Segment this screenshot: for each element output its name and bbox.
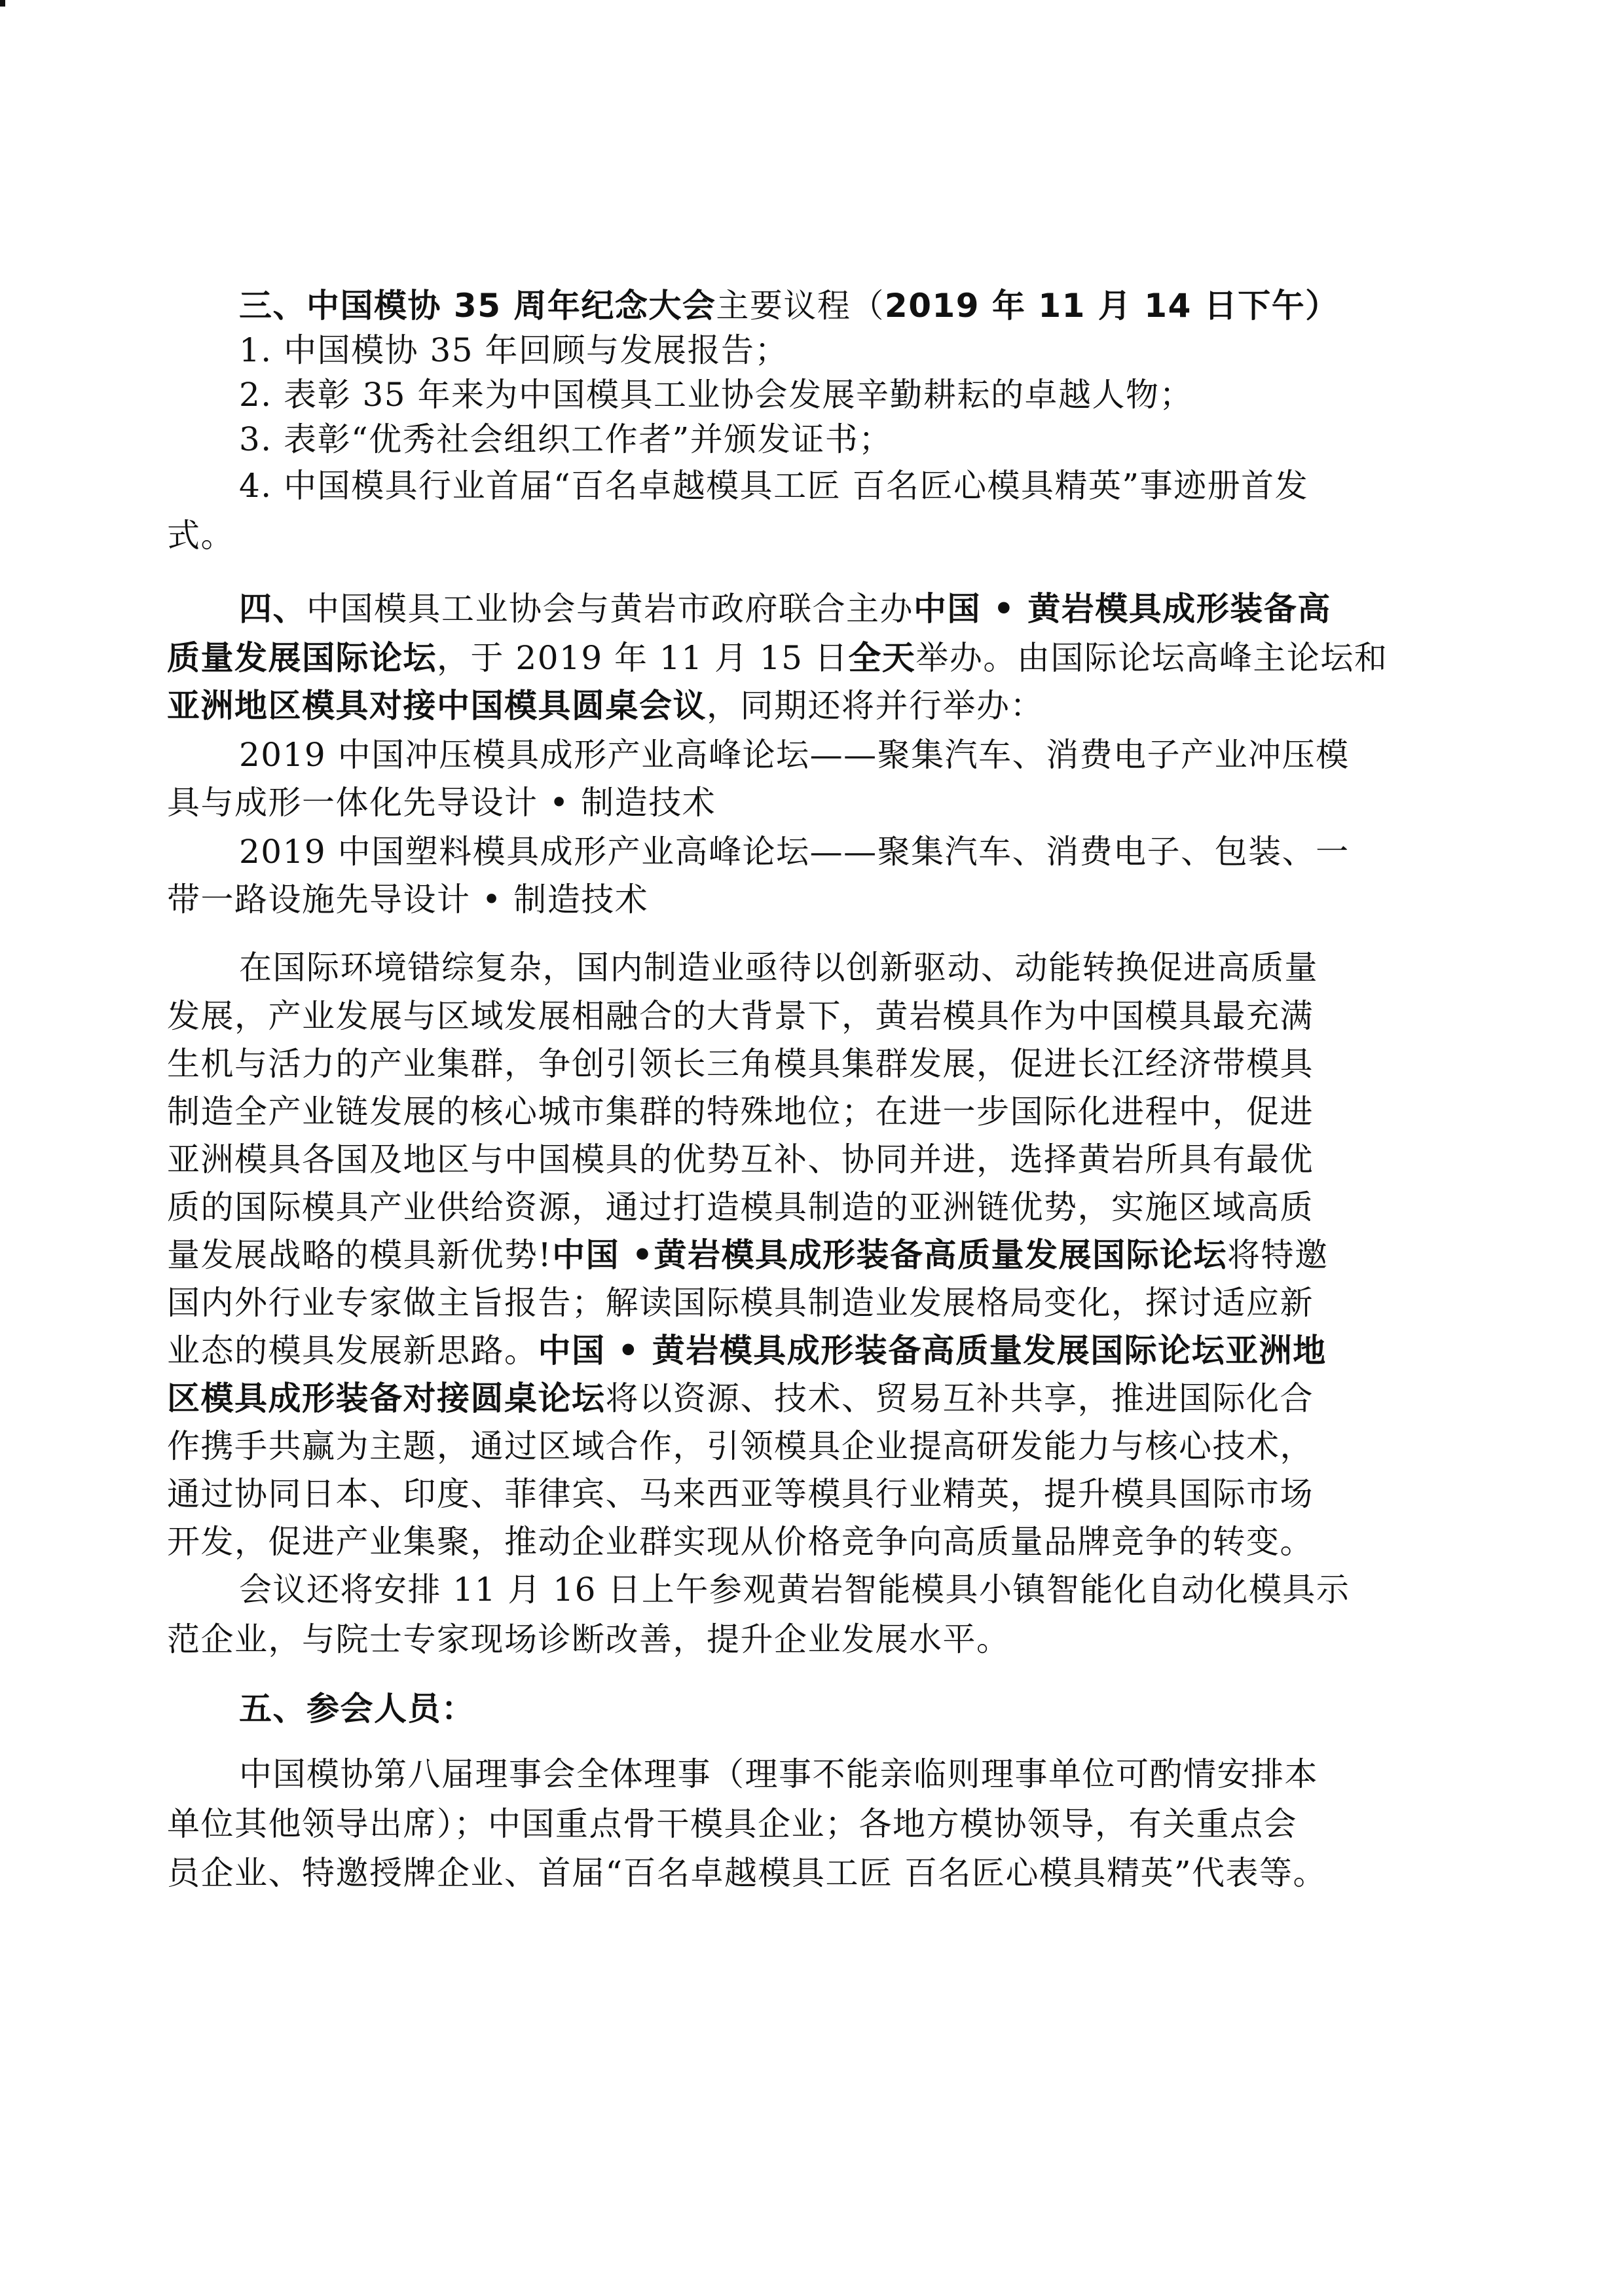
para-line-3: 生机与活力的产业集群，争创引领长三角模具集群发展，促进长江经济带模具 <box>167 1044 1464 1084</box>
visit-line-2: 范企业，与院士专家现场诊断改善，提升企业发展水平。 <box>167 1620 1464 1659</box>
para-line-11: 作携手共赢为主题，通过区域合作，引领模具企业提高研发能力与核心技术， <box>167 1427 1464 1466</box>
forum-name-bold: 中国 •黄岩模具成形装备高质量发展国际论坛 <box>552 1236 1227 1274</box>
agenda-item-2: 2. 表彰 35 年来为中国模具工业协会发展辛勤耕耘的卓越人物； <box>239 375 1536 414</box>
section3-heading: 三、中国模协 35 周年纪念大会主要议程（2019 年 11 月 14 日下午） <box>239 286 1536 325</box>
text: ，同期还将并行举办： <box>707 687 1044 725</box>
attendees-line-2: 单位其他领导出席）；中国重点骨干模具企业；各地方模协领导，有关重点会 <box>167 1804 1464 1844</box>
forum-name-bold: 中国 • 黄岩模具成形装备高 <box>913 590 1331 628</box>
section4-line1: 四、中国模具工业协会与黄岩市政府联合主办中国 • 黄岩模具成形装备高 <box>239 589 1536 629</box>
para-line-5: 亚洲模具各国及地区与中国模具的优势互补、协同并进，选择黄岩所具有最优 <box>167 1140 1464 1179</box>
text: 举办。由国际论坛高峰主论坛和 <box>915 639 1388 677</box>
text: ，于 2019 年 11 月 15 日 <box>437 639 848 677</box>
attendees-line-1: 中国模协第八届理事会全体理事（理事不能亲临则理事单位可酌情安排本 <box>239 1755 1536 1794</box>
heading-date: 2019 年 11 月 14 日下午） <box>885 287 1339 325</box>
para-line-2: 发展，产业发展与区域发展相融合的大背景下，黄岩模具作为中国模具最充满 <box>167 996 1464 1036</box>
date-bold: 全天 <box>848 639 915 677</box>
attendees-line-3: 员企业、特邀授牌企业、首届“百名卓越模具工匠 百名匠心模具精英”代表等。 <box>167 1853 1464 1893</box>
forum-name-bold: 中国 • 黄岩模具成形装备高质量发展国际论坛亚洲地 <box>538 1332 1327 1370</box>
heading-normal-part: 主要议程（ <box>716 287 885 325</box>
para-line-6: 质的国际模具产业供给资源，通过打造模具制造的亚洲链优势，实施区域高质 <box>167 1188 1464 1227</box>
para-line-13: 开发，促进产业集聚，推动企业群实现从价格竞争向高质量品牌竞争的转变。 <box>167 1522 1464 1561</box>
roundtable-name-bold: 区模具成形装备对接圆桌论坛 <box>167 1379 606 1417</box>
agenda-item-1: 1. 中国模协 35 年回顾与发展报告； <box>239 331 1536 370</box>
para-line-10: 区模具成形装备对接圆桌论坛将以资源、技术、贸易互补共享，推进国际化合 <box>167 1379 1464 1418</box>
text: 量发展战略的模具新优势! <box>167 1236 552 1274</box>
section4-line2: 质量发展国际论坛，于 2019 年 11 月 15 日全天举办。由国际论坛高峰主… <box>167 638 1464 678</box>
para-line-9: 业态的模具发展新思路。中国 • 黄岩模具成形装备高质量发展国际论坛亚洲地 <box>167 1331 1464 1370</box>
text: 业态的模具发展新思路。 <box>167 1332 538 1370</box>
text: 中国模具工业协会与黄岩市政府联合主办 <box>306 590 913 628</box>
forum2-line2: 带一路设施先导设计 • 制造技术 <box>167 880 1464 919</box>
document-page: 三、中国模协 35 周年纪念大会主要议程（2019 年 11 月 14 日下午）… <box>0 0 1624 2296</box>
forum1-line1: 2019 中国冲压模具成形产业高峰论坛——聚集汽车、消费电子产业冲压模 <box>239 735 1536 774</box>
agenda-item-3: 3. 表彰“优秀社会组织工作者”并颁发证书； <box>239 420 1536 459</box>
para-line-7: 量发展战略的模具新优势!中国 •黄岩模具成形装备高质量发展国际论坛将特邀 <box>167 1235 1464 1275</box>
text: 将特邀 <box>1227 1236 1329 1274</box>
scan-corner-mark <box>0 0 5 7</box>
section4-number: 四、 <box>239 590 306 628</box>
section4-line3: 亚洲地区模具对接中国模具圆桌会议，同期还将并行举办： <box>167 686 1464 725</box>
section5-heading: 五、参会人员： <box>239 1689 1536 1728</box>
agenda-item-4-cont: 式。 <box>167 516 1464 555</box>
forum1-line2: 具与成形一体化先导设计 • 制造技术 <box>167 783 1464 822</box>
para-line-8: 国内外行业专家做主旨报告；解读国际模具制造业发展格局变化，探讨适应新 <box>167 1283 1464 1322</box>
para-line-4: 制造全产业链发展的核心城市集群的特殊地位；在进一步国际化进程中，促进 <box>167 1092 1464 1131</box>
para-line-12: 通过协同日本、印度、菲律宾、马来西亚等模具行业精英，提升模具国际市场 <box>167 1474 1464 1514</box>
para-line-1: 在国际环境错综复杂，国内制造业亟待以创新驱动、动能转换促进高质量 <box>239 948 1536 987</box>
roundtable-name-bold: 亚洲地区模具对接中国模具圆桌会议 <box>167 687 707 725</box>
forum-name-bold: 质量发展国际论坛 <box>167 639 437 677</box>
heading-bold-part: 三、中国模协 35 周年纪念大会 <box>239 287 716 325</box>
visit-line-1: 会议还将安排 11 月 16 日上午参观黄岩智能模具小镇智能化自动化模具示 <box>239 1570 1536 1609</box>
text: 将以资源、技术、贸易互补共享，推进国际化合 <box>606 1379 1314 1417</box>
forum2-line1: 2019 中国塑料模具成形产业高峰论坛——聚集汽车、消费电子、包装、一 <box>239 832 1536 871</box>
agenda-item-4: 4. 中国模具行业首届“百名卓越模具工匠 百名匠心模具精英”事迹册首发 <box>239 466 1536 505</box>
